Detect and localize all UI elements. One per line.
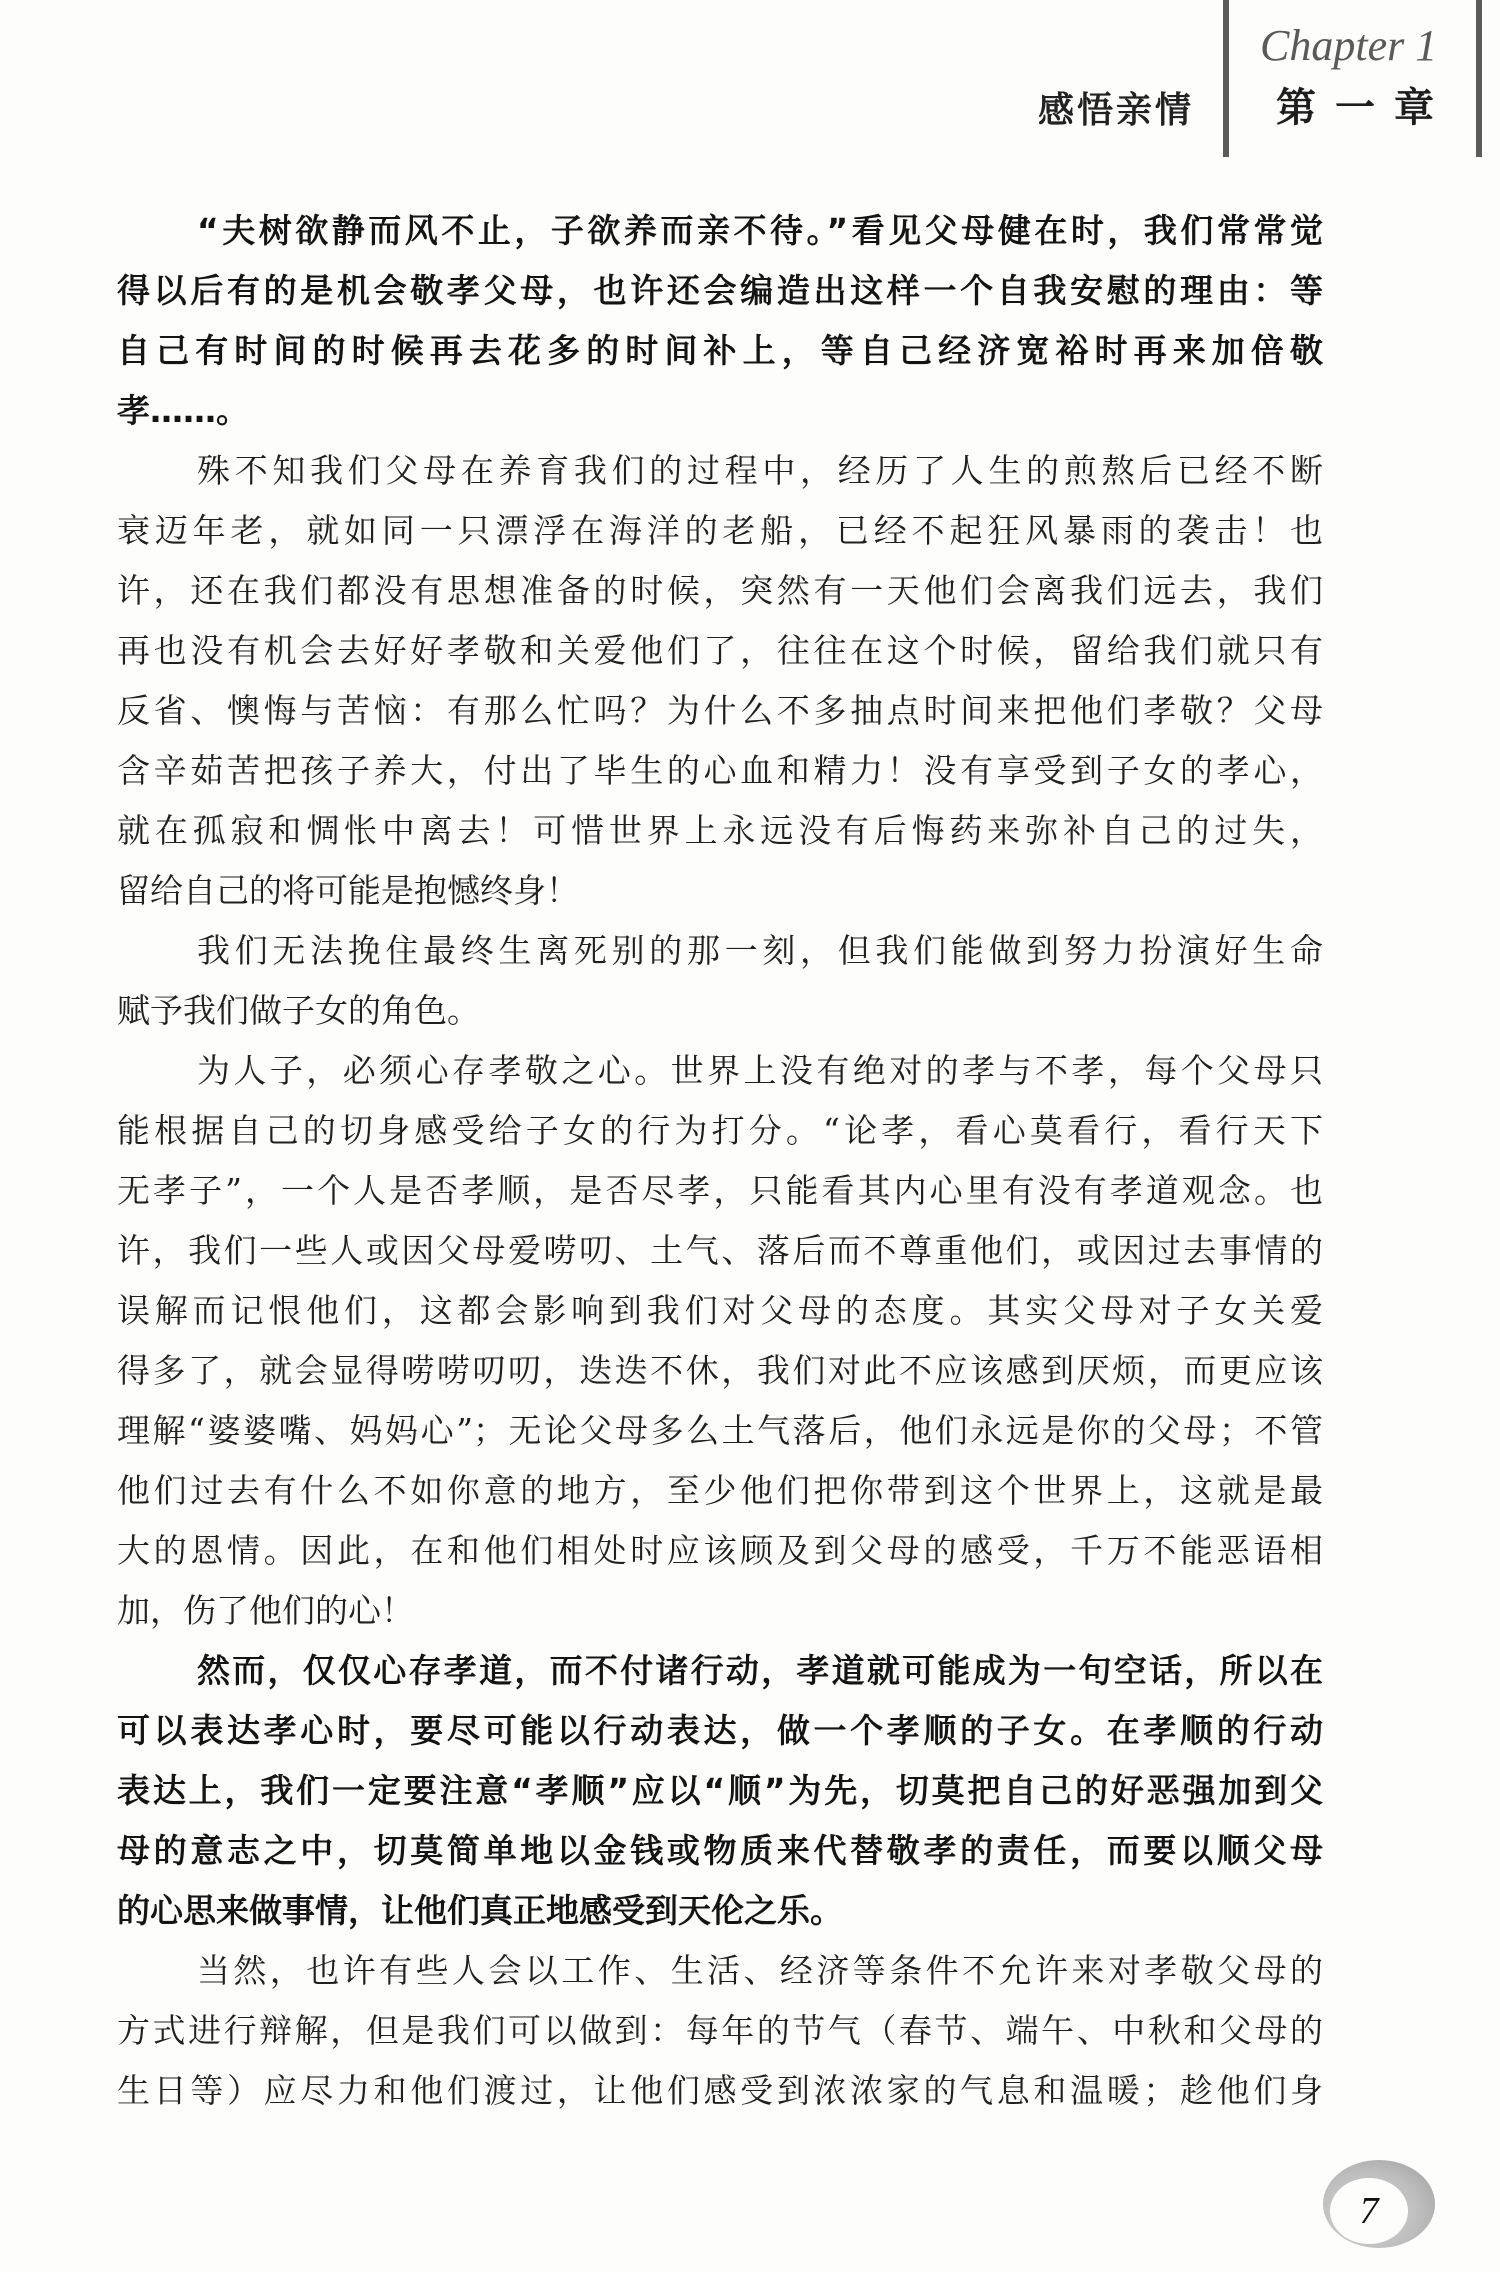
paragraph-4: 为人子，必须心存孝敬之心。世界上没有绝对的孝与不孝，每个父母只 能根据自己的切身…: [117, 1041, 1323, 1641]
text-line: 加，伤了他们的心！: [117, 1581, 1323, 1641]
text-line: 的心思来做事情，让他们真正地感受到天伦之乐。: [117, 1881, 1323, 1941]
text-line: 反省、懊悔与苦恼：有那么忙吗？为什么不多抽点时间来把他们孝敬？父母: [117, 681, 1323, 741]
text-line: 大的恩情。因此，在和他们相处时应该顾及到父母的感受，千万不能恶语相: [117, 1521, 1323, 1581]
text-line: 母的意志之中，切莫简单地以金钱或物质来代替敬孝的责任，而要以顺父母: [117, 1821, 1323, 1881]
text-line: 方式进行辩解，但是我们可以做到：每年的节气（春节、端午、中秋和父母的: [117, 2001, 1323, 2061]
text-line: 就在孤寂和惆怅中离去！可惜世界上永远没有后悔药来弥补自己的过失，: [117, 801, 1323, 861]
paragraph-1: “夫树欲静而风不止，子欲养而亲不待。”看见父母健在时，我们常常觉 得以后有的是机…: [117, 201, 1323, 441]
chapter-label-chinese: 第一章: [1276, 84, 1453, 132]
text-line: 生日等）应尽力和他们渡过，让他们感受到浓浓家的气息和温暖；趁他们身: [117, 2061, 1323, 2121]
text-line: 得以后有的是机会敬孝父母，也许还会编造出这样一个自我安慰的理由：等: [117, 261, 1323, 321]
text-line: 他们过去有什么不如你意的地方，至少他们把你带到这个世界上，这就是最: [117, 1461, 1323, 1521]
header-rule-left: [1223, 0, 1229, 157]
header-rule-right: [1476, 0, 1482, 157]
text-line: 留给自己的将可能是抱憾终身！: [117, 861, 1323, 921]
section-title: 感悟亲情: [1038, 86, 1204, 134]
page-number: 7: [1330, 2188, 1408, 2234]
paragraph-5: 然而，仅仅心存孝道，而不付诸行动，孝道就可能成为一句空话，所以在 可以表达孝心时…: [117, 1641, 1323, 1941]
paragraph-2: 殊不知我们父母在养育我们的过程中，经历了人生的煎熬后已经不断 衰迈年老，就如同一…: [117, 441, 1323, 921]
text-line: 然而，仅仅心存孝道，而不付诸行动，孝道就可能成为一句空话，所以在: [117, 1641, 1323, 1701]
text-line: 得多了，就会显得唠唠叨叨，迭迭不休，我们对此不应该感到厌烦，而更应该: [117, 1341, 1323, 1401]
paragraph-6: 当然，也许有些人会以工作、生活、经济等条件不允许来对孝敬父母的 方式进行辩解，但…: [117, 1941, 1323, 2121]
text-line: 为人子，必须心存孝敬之心。世界上没有绝对的孝与不孝，每个父母只: [117, 1041, 1323, 1101]
text-line: 当然，也许有些人会以工作、生活、经济等条件不允许来对孝敬父母的: [117, 1941, 1323, 2001]
body-text: “夫树欲静而风不止，子欲养而亲不待。”看见父母健在时，我们常常觉 得以后有的是机…: [117, 201, 1323, 2121]
text-line: 我们无法挽住最终生离死别的那一刻，但我们能做到努力扮演好生命: [117, 921, 1323, 981]
text-line: 许，还在我们都没有思想准备的时候，突然有一天他们会离我们远去，我们: [117, 561, 1323, 621]
text-line: 许，我们一些人或因父母爱唠叨、土气、落后而不尊重他们，或因过去事情的: [117, 1221, 1323, 1281]
text-line: 衰迈年老，就如同一只漂浮在海洋的老船，已经不起狂风暴雨的袭击！也: [117, 501, 1323, 561]
text-line: 含辛茹苦把孩子养大，付出了毕生的心血和精力！没有享受到子女的孝心，: [117, 741, 1323, 801]
text-line: 可以表达孝心时，要尽可能以行动表达，做一个孝顺的子女。在孝顺的行动: [117, 1701, 1323, 1761]
text-line: 无孝子”，一个人是否孝顺，是否尽孝，只能看其内心里有没有孝道观念。也: [117, 1161, 1323, 1221]
text-line: “夫树欲静而风不止，子欲养而亲不待。”看见父母健在时，我们常常觉: [117, 201, 1323, 261]
text-line: 孝……。: [117, 381, 1323, 441]
paragraph-3: 我们无法挽住最终生离死别的那一刻，但我们能做到努力扮演好生命 赋予我们做子女的角…: [117, 921, 1323, 1041]
chapter-label-english: Chapter 1: [1260, 18, 1437, 74]
text-line: 殊不知我们父母在养育我们的过程中，经历了人生的煎熬后已经不断: [117, 441, 1323, 501]
text-line: 误解而记恨他们，这都会影响到我们对父母的态度。其实父母对子女关爱: [117, 1281, 1323, 1341]
text-line: 赋予我们做子女的角色。: [117, 981, 1323, 1041]
text-line: 自己有时间的时候再去花多的时间补上，等自己经济宽裕时再来加倍敬: [117, 321, 1323, 381]
text-line: 理解“婆婆嘴、妈妈心”；无论父母多么土气落后，他们永远是你的父母；不管: [117, 1401, 1323, 1461]
text-line: 能根据自己的切身感受给子女的行为打分。“论孝，看心莫看行，看行天下: [117, 1101, 1323, 1161]
text-line: 表达上，我们一定要注意“孝顺”应以“顺”为先，切莫把自己的好恶强加到父: [117, 1761, 1323, 1821]
text-line: 再也没有机会去好好孝敬和关爱他们了，往往在这个时候，留给我们就只有: [117, 621, 1323, 681]
